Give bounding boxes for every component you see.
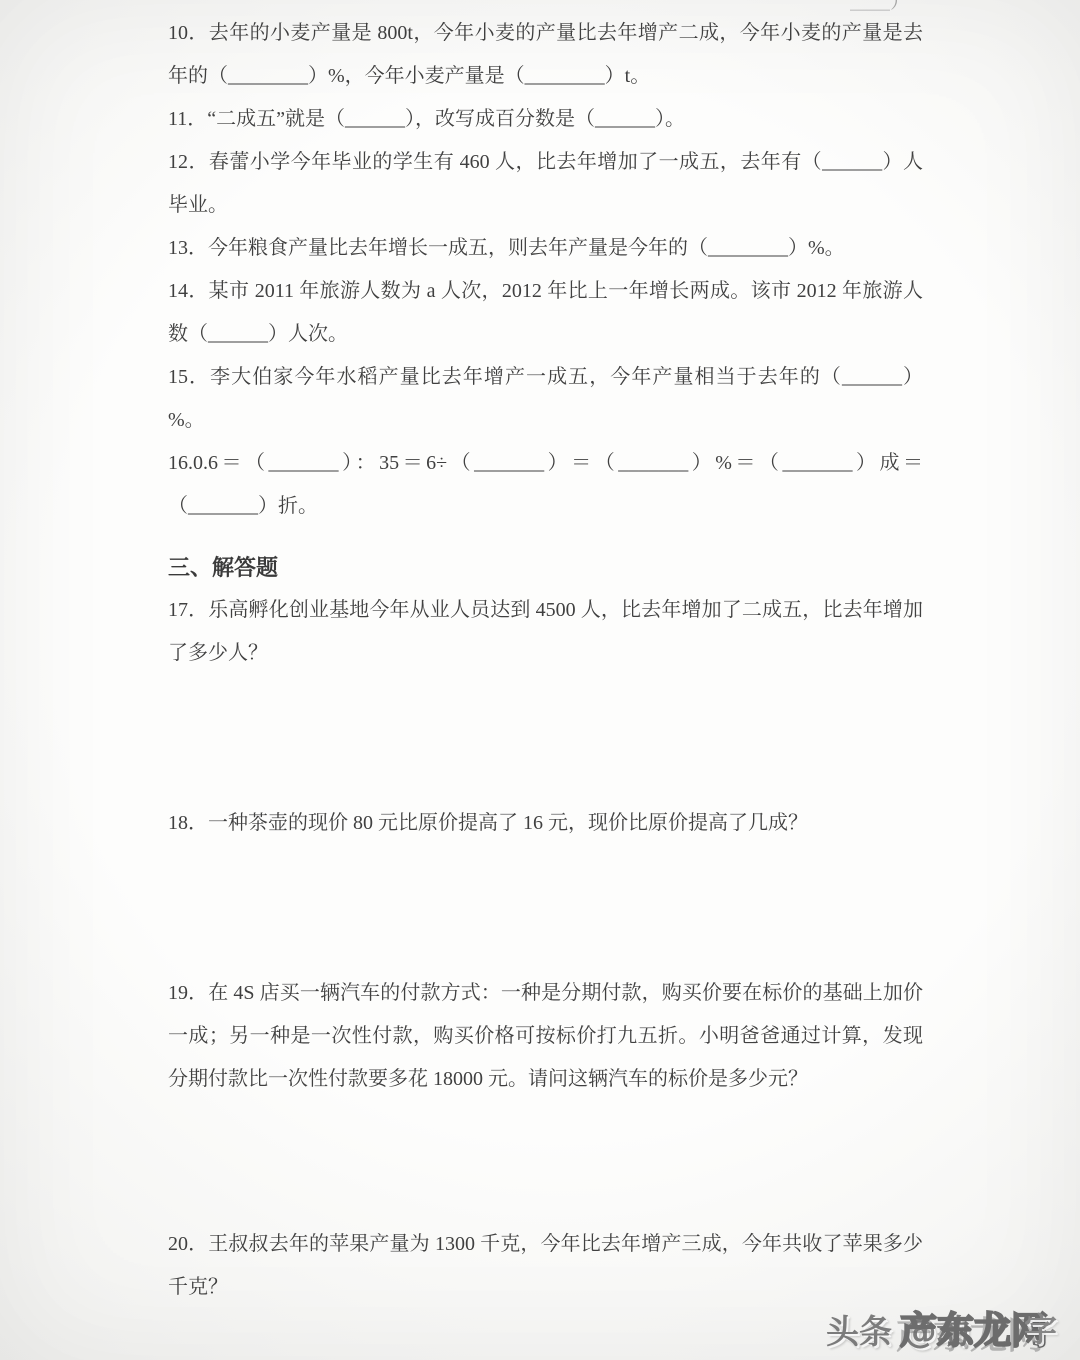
section-heading: 三、解答题 <box>168 546 923 589</box>
watermark: 头条 @动 产东龙网 字 <box>826 1296 1080 1360</box>
problem-10: 10．去年的小麦产量是 800t，今年小麦的产量比去年增产二成，今年小麦的产量是… <box>168 12 923 98</box>
problem-15: 15．李大伯家今年水稻产量比去年增产一成五，今年产量相当于去年的（______）… <box>168 356 923 442</box>
problem-11: 11．“二成五”就是（______），改写成百分数是（______）。 <box>168 98 923 141</box>
problem-16: 16.0.6＝（_______）：35＝6÷（_______）＝（_______… <box>168 442 923 528</box>
worksheet-page: ＿＿） 10．去年的小麦产量是 800t，今年小麦的产量比去年增产二成，今年小麦… <box>0 0 1080 1360</box>
worksheet-content: 10．去年的小麦产量是 800t，今年小麦的产量比去年增产二成，今年小麦的产量是… <box>168 12 923 1309</box>
problem-17: 17．乐高孵化创业基地今年从业人员达到 4500 人，比去年增加了二成五，比去年… <box>168 589 923 675</box>
problem-14: 14．某市 2011 年旅游人数为 a 人次，2012 年比上一年增长两成。该市… <box>168 270 923 356</box>
watermark-text-right: 字 <box>1024 1304 1057 1351</box>
problem-18: 18．一种茶壶的现价 80 元比原价提高了 16 元，现价比原价提高了几成？ <box>168 802 923 845</box>
problem-19: 19．在 4S 店买一辆汽车的付款方式：一种是分期付款，购买价要在标价的基础上加… <box>168 972 923 1101</box>
problem-13: 13．今年粮食产量比去年增长一成五，则去年产量是今年的（________）%。 <box>168 227 923 270</box>
problem-12: 12．春蕾小学今年毕业的学生有 460 人，比去年增加了一成五，去年有（____… <box>168 141 923 227</box>
problem-20: 20．王叔叔去年的苹果产量为 1300 千克，今年比去年增产三成，今年共收了苹果… <box>168 1223 923 1309</box>
